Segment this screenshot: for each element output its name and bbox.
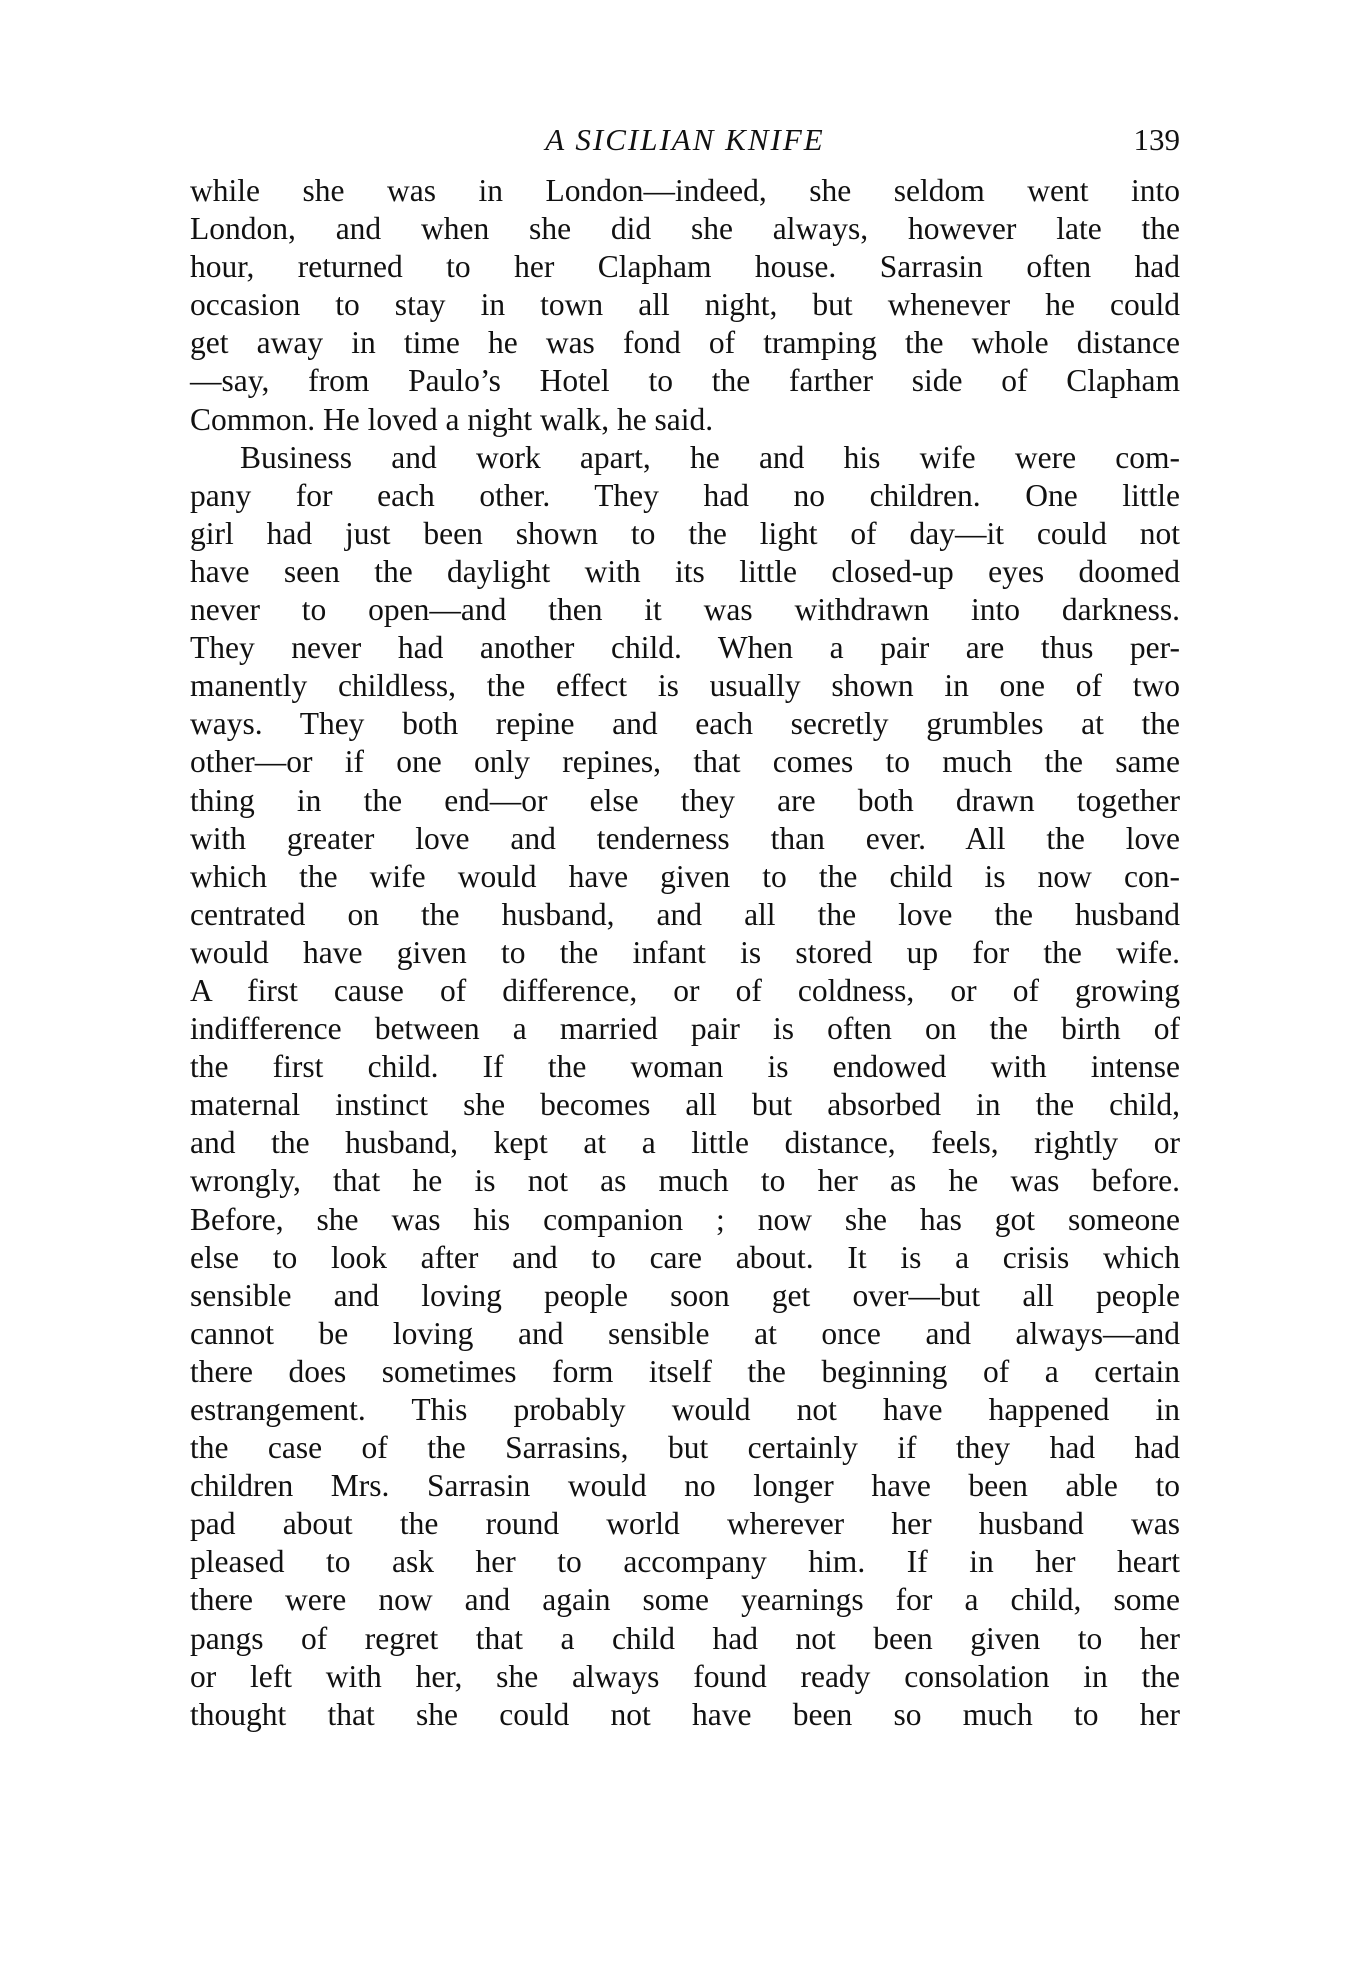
text-line: Before, she was his companion ; now she …	[190, 1201, 1180, 1239]
text-line: Business and work apart, he and his wife…	[190, 439, 1180, 477]
page-number: 139	[1134, 118, 1181, 162]
text-line: else to look after and to care about. It…	[190, 1239, 1180, 1277]
book-page: A SICILIAN KNIFE 139 while she was in Lo…	[190, 118, 1180, 1734]
text-line: while she was in London—indeed, she seld…	[190, 172, 1180, 210]
text-line: have seen the daylight with its little c…	[190, 553, 1180, 591]
text-line: estrangement. This probably would not ha…	[190, 1391, 1180, 1429]
text-line: London, and when she did she always, how…	[190, 210, 1180, 248]
text-line: or left with her, she always found ready…	[190, 1658, 1180, 1696]
text-line: which the wife would have given to the c…	[190, 858, 1180, 896]
text-line: They never had another child. When a pai…	[190, 629, 1180, 667]
text-line: centrated on the husband, and all the lo…	[190, 896, 1180, 934]
text-line: the first child. If the woman is endowed…	[190, 1048, 1180, 1086]
text-line: wrongly, that he is not as much to her a…	[190, 1162, 1180, 1200]
text-line: girl had just been shown to the light of…	[190, 515, 1180, 553]
body-text: while she was in London—indeed, she seld…	[190, 172, 1180, 1734]
text-line: children Mrs. Sarrasin would no longer h…	[190, 1467, 1180, 1505]
text-line: pleased to ask her to accompany him. If …	[190, 1543, 1180, 1581]
text-line: manently childless, the effect is usuall…	[190, 667, 1180, 705]
text-line: and the husband, kept at a little distan…	[190, 1124, 1180, 1162]
text-line: cannot be loving and sensible at once an…	[190, 1315, 1180, 1353]
text-line: hour, returned to her Clapham house. Sar…	[190, 248, 1180, 286]
paragraph: Business and work apart, he and his wife…	[190, 439, 1180, 1734]
text-line: indifference between a married pair is o…	[190, 1010, 1180, 1048]
text-line: maternal instinct she becomes all but ab…	[190, 1086, 1180, 1124]
text-line: sensible and loving people soon get over…	[190, 1277, 1180, 1315]
running-title: A SICILIAN KNIFE	[190, 118, 1180, 162]
paragraph: while she was in London—indeed, she seld…	[190, 172, 1180, 439]
text-line: Common. He loved a night walk, he said.	[190, 401, 1180, 439]
text-line: other—or if one only repines, that comes…	[190, 743, 1180, 781]
text-line: A first cause of difference, or of coldn…	[190, 972, 1180, 1010]
text-line: there does sometimes form itself the beg…	[190, 1353, 1180, 1391]
text-line: get away in time he was fond of tramping…	[190, 324, 1180, 362]
text-line: pad about the round world wherever her h…	[190, 1505, 1180, 1543]
text-line: occasion to stay in town all night, but …	[190, 286, 1180, 324]
text-line: pangs of regret that a child had not bee…	[190, 1620, 1180, 1658]
text-line: the case of the Sarrasins, but certainly…	[190, 1429, 1180, 1467]
running-head: A SICILIAN KNIFE 139	[190, 118, 1180, 162]
text-line: there were now and again some yearnings …	[190, 1581, 1180, 1619]
text-line: pany for each other. They had no childre…	[190, 477, 1180, 515]
text-line: thought that she could not have been so …	[190, 1696, 1180, 1734]
text-line: would have given to the infant is stored…	[190, 934, 1180, 972]
text-line: never to open—and then it was withdrawn …	[190, 591, 1180, 629]
text-line: thing in the end—or else they are both d…	[190, 782, 1180, 820]
text-line: with greater love and tenderness than ev…	[190, 820, 1180, 858]
text-line: —say, from Paulo’s Hotel to the farther …	[190, 362, 1180, 400]
text-line: ways. They both repine and each secretly…	[190, 705, 1180, 743]
